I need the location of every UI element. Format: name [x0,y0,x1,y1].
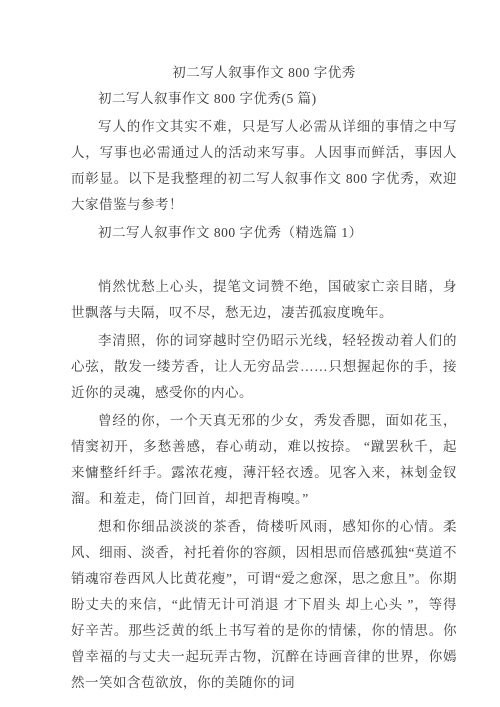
paragraph-section-heading: 初二写人叙事作文 800 字优秀（精选篇 1） [71,220,457,246]
paragraph-essay-1: 悄然忧愁上心头，提笔文词赞不绝，国破家亡亲目睹，身世飘落与夫隔，叹不尽，愁无边，… [71,274,457,326]
paragraph-intro: 写人的作文其实不难，只是写人必需从详细的事情之中写人，写事也必需通过人的活动来写… [71,114,457,218]
document-page: { "page": { "background": "#ffffff", "te… [0,0,500,707]
document-title: 初二写人叙事作文 800 字优秀 [71,60,457,86]
paragraph-subtitle: 初二写人叙事作文 800 字优秀(5 篇) [71,86,457,112]
document-body: 初二写人叙事作文 800 字优秀 初二写人叙事作文 800 字优秀(5 篇) 写… [71,60,457,696]
paragraph-essay-3: 曾经的你，一个天真无邪的少女，秀发香腮，面如花玉，情窦初开，多愁善感，春心萌动，… [71,408,457,512]
paragraph-essay-2: 李清照，你的词穿越时空仍昭示光线，轻轻拨动着人们的心弦，散发一缕芳香，让人无穷品… [71,328,457,406]
paragraph-essay-4: 想和你细品淡淡的茶香，倚楼听风雨，感知你的心情。柔风、细雨、淡香，衬托着你的容颜… [71,514,457,696]
